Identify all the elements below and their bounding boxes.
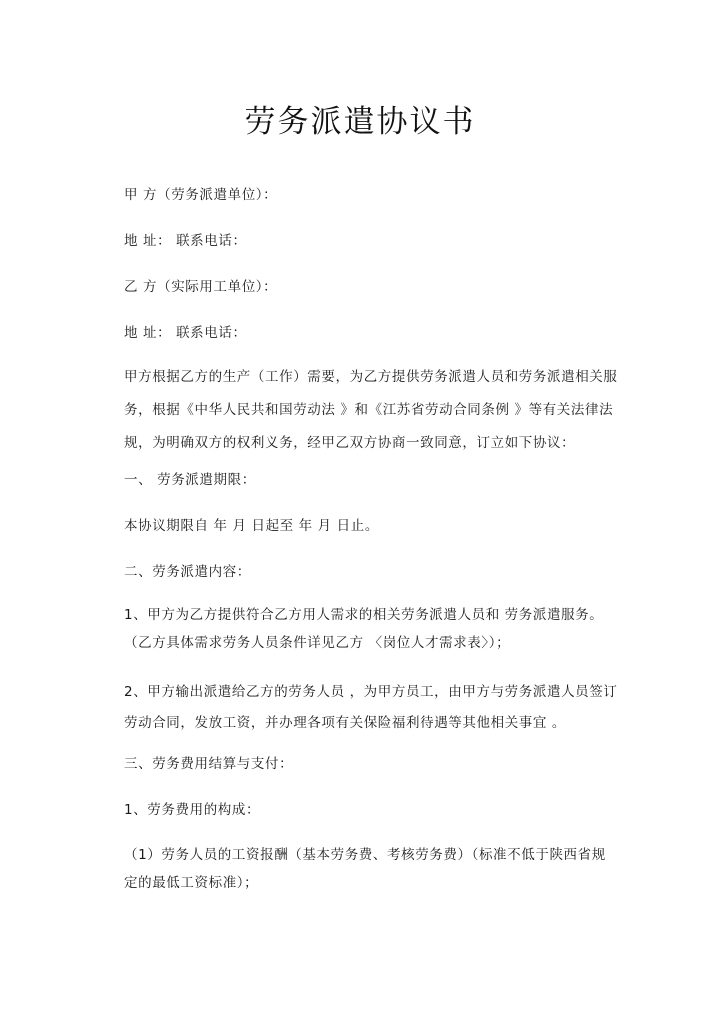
preamble-line-2: 务，根据《中华人民共和国劳动法 》和《江苏省劳动合同条例 》等有关法律法 [124,398,613,418]
document-title: 劳务派遣协议书 [0,96,720,141]
party-a-line: 甲 方（劳务派遣单位）： [124,183,277,203]
section-2-heading: 二、劳务派遣内容： [124,560,251,580]
preamble-line-3: 规，为明确双方的权利义务，经甲乙双方协商一致同意，订立如下协议： [124,431,575,451]
clause-2-1-line-1: 1、甲方为乙方提供符合乙方用人需求的相关劳务派遣人员和 劳务派遣服务。 [124,603,603,623]
clause-3-1-1-line-1: （1）劳务人员的工资报酬（基本劳务费、考核劳务费）（标准不低于陕西省规 [124,843,606,863]
clause-2-2-line-2: 劳动合同，发放工资，并办理各项有关保险福利待遇等其他相关事宜 。 [124,711,566,731]
clause-2-2-line-1: 2、甲方输出派遣给乙方的劳务人员 ，为甲方员工，由甲方与劳务派遣人员签订 [124,680,617,700]
section-3-heading: 三、劳务费用结算与支付： [124,752,293,772]
party-b-line: 乙 方（实际用工单位）： [124,275,277,295]
section-1-heading: 一、 劳务派遣期限： [124,468,256,488]
clause-3-1-heading: 1、劳务费用的构成： [124,798,260,818]
clause-2-1-line-2: （乙方具体需求劳务人员条件详见乙方 〈岗位人才需求表〉）； [124,631,510,651]
term-line: 本协议期限自 年 月 日起至 年 月 日止。 [124,514,379,534]
preamble-line-1: 甲方根据乙方的生产（工作）需要，为乙方提供劳务派遣人员和劳务派遣相关服 [124,365,618,385]
clause-3-1-1-line-2: 定的最低工资标准）； [124,871,258,891]
party-b-address-line: 地 址： 联系电话： [124,321,247,341]
party-a-address-line: 地 址： 联系电话： [124,229,247,249]
